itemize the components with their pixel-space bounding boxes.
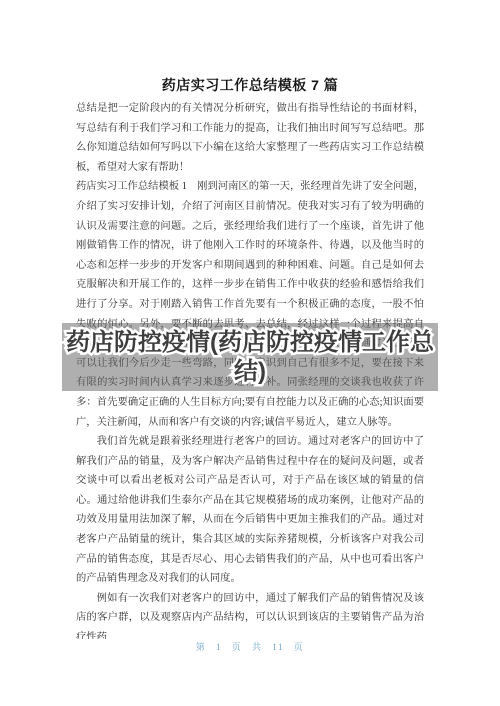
overlay-watermark: 药店防控疫情(药店防控疫情工作总 药店防控疫情(药店防控疫情工作总 结) 结) xyxy=(62,323,438,391)
paragraph-customer-visits: 我们首先就是跟着张经理进行老客户的回访。通过对老客户的回访中了解我们产品的销量，… xyxy=(76,432,424,589)
paragraph-intro: 总结是把一定阶段内的有关情况分析研究，做出有指导性结论的书面材料，写总结有利于我… xyxy=(76,99,424,177)
overlay-title-line1-text: 药店防控疫情(药店防控疫情工作总 xyxy=(66,329,434,356)
overlay-title-line1: 药店防控疫情(药店防控疫情工作总 药店防控疫情(药店防控疫情工作总 xyxy=(66,328,434,357)
overlay-title-line2-text: 结) xyxy=(234,358,266,385)
paragraph-template-1: 药店实习工作总结模板 1 刚到河南区的第一天，张经理首先讲了安全问题，介绍了实习… xyxy=(76,177,424,432)
footer-page-indicator: 第 1 页 共 11 页 xyxy=(196,642,304,652)
paragraph-example: 例如有一次我们对老客户的回访中，通过了解我们产品的销售情况及该店的客户群，以及观… xyxy=(76,589,424,639)
page-footer: 第 1 页 共 11 页 xyxy=(0,641,500,654)
page-title: 药店实习工作总结模板 7 篇 xyxy=(0,75,500,95)
document-page: 药店实习工作总结模板 7 篇 总结是把一定阶段内的有关情况分析研究，做出有指导性… xyxy=(0,0,500,706)
overlay-title-line2: 结) 结) xyxy=(234,357,266,386)
